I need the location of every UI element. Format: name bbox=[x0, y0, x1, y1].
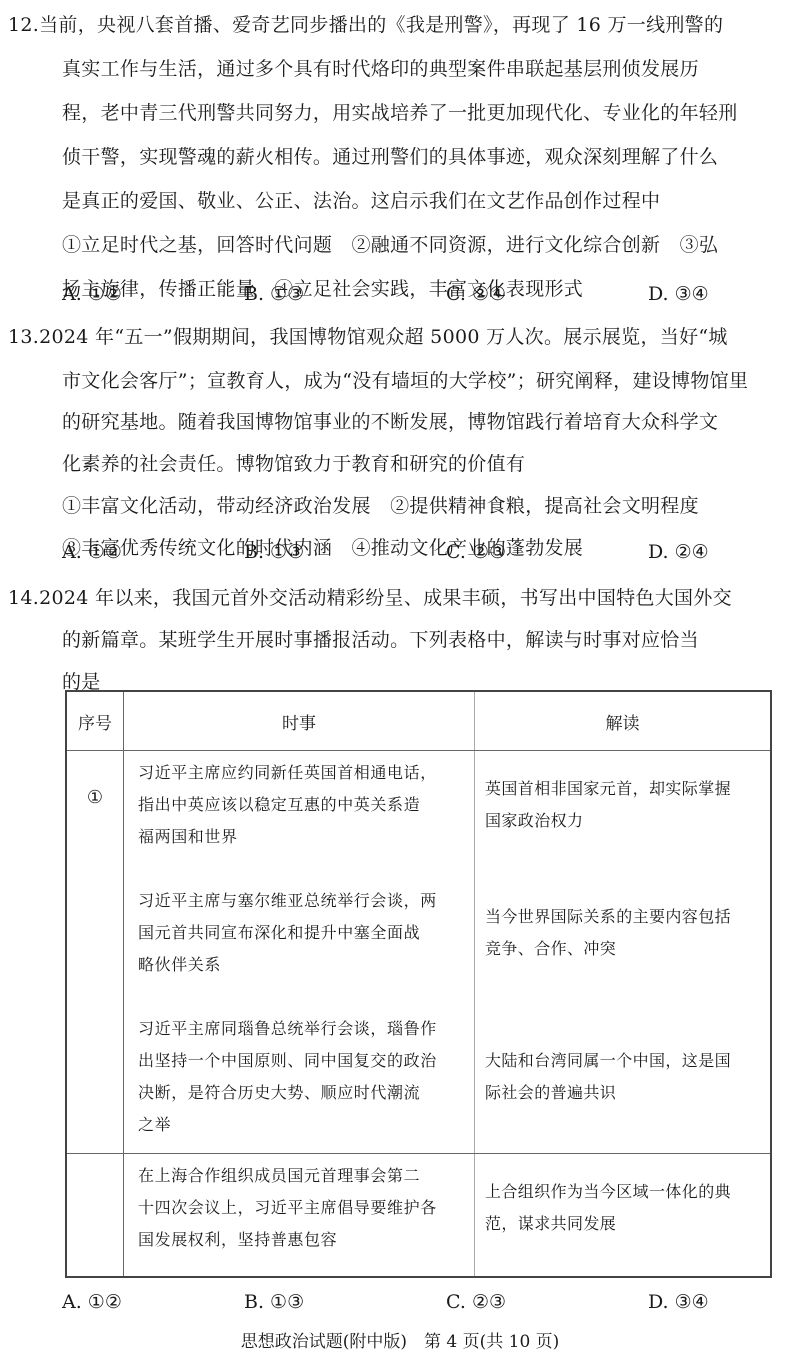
option-d[interactable]: D. ③④ bbox=[648, 1290, 709, 1314]
question-text-line: 化素养的社会责任。博物馆致力于教育和研究的价值有 bbox=[62, 452, 525, 476]
header-event: 时事 bbox=[124, 691, 475, 751]
option-b[interactable]: B. ①③ bbox=[244, 540, 304, 564]
option-a[interactable]: A. ①② bbox=[62, 282, 122, 306]
event-cell: 习近平主席应约同新任英国首相通电话， 指出中英应该以稳定互惠的中英关系造 福两国… bbox=[138, 757, 466, 853]
table-header-row: 序号 时事 解读 bbox=[66, 691, 771, 751]
option-d[interactable]: D. ③④ bbox=[648, 282, 709, 306]
question-number: 14.2024 年以来，我国元首外交活动精彩纷呈、成果丰硕，书写出中国特色大国外… bbox=[8, 586, 732, 610]
option-d[interactable]: D. ②④ bbox=[648, 540, 709, 564]
current-events-table: 序号 时事 解读 ① 习近平主席应约同新任英国首相通电话， 指出中英应该以稳定互… bbox=[65, 690, 772, 1278]
table-row: ① 习近平主席应约同新任英国首相通电话， 指出中英应该以稳定互惠的中英关系造 福… bbox=[66, 751, 771, 1154]
statement-line: ①立足时代之基，回答时代问题 ②融通不同资源，进行文化综合创新 ③弘 bbox=[62, 233, 718, 257]
option-b[interactable]: B. ①③ bbox=[244, 1290, 304, 1314]
event-cell: 习近平主席与塞尔维亚总统举行会谈，两 国元首共同宣布深化和提升中塞全面战 略伙伴… bbox=[138, 885, 466, 981]
event-cell: 在上海合作组织成员国元首理事会第二 十四次会议上，习近平主席倡导要维护各 国发展… bbox=[138, 1160, 466, 1256]
statement-line: ①丰富文化活动，带动经济政治发展 ②提供精神食粮，提高社会文明程度 bbox=[62, 494, 699, 518]
header-interpretation: 解读 bbox=[475, 691, 772, 751]
question-text-line: 侦干警，实现警魂的薪火相传。通过刑警们的具体事迹，观众深刻理解了什么 bbox=[62, 145, 718, 169]
event-cell: 习近平主席同瑙鲁总统举行会谈，瑙鲁作 出坚持一个中国原则、同中国复交的政治 决断… bbox=[138, 1013, 466, 1141]
page-footer: 思想政治试题(附中版) 第 4 页(共 10 页) bbox=[0, 1327, 800, 1352]
option-a[interactable]: A. ①② bbox=[62, 540, 122, 564]
question-text-line: 是真正的爱国、敬业、公正、法治。这启示我们在文艺作品创作过程中 bbox=[62, 189, 660, 213]
question-text-line: 真实工作与生活，通过多个具有时代烙印的典型案件串联起基层刑侦发展历 bbox=[62, 57, 699, 81]
option-b[interactable]: B. ①③ bbox=[244, 282, 304, 306]
option-a[interactable]: A. ①② bbox=[62, 1290, 122, 1314]
row-label: ① bbox=[67, 787, 123, 808]
question-number: 12.当前，央视八套首播、爱奇艺同步播出的《我是刑警》，再现了 16 万一线刑警… bbox=[8, 13, 723, 37]
interpretation-cell: 大陆和台湾同属一个中国，这是国 际社会的普遍共识 bbox=[485, 1045, 764, 1109]
interpretation-cell: 当今世界国际关系的主要内容包括 竞争、合作、冲突 bbox=[485, 901, 764, 965]
question-number: 13.2024 年“五一”假期期间，我国博物馆观众超 5000 万人次。展示展览… bbox=[8, 325, 728, 349]
question-text-line: 程，老中青三代刑警共同努力，用实战培养了一批更加现代化、专业化的年轻刑 bbox=[62, 101, 738, 125]
table-row: 在上海合作组织成员国元首理事会第二 十四次会议上，习近平主席倡导要维护各 国发展… bbox=[66, 1154, 771, 1278]
option-c[interactable]: C. ②④ bbox=[446, 282, 506, 306]
interpretation-cell: 英国首相非国家元首，却实际掌握 国家政治权力 bbox=[485, 773, 764, 837]
header-index: 序号 bbox=[66, 691, 124, 751]
interpretation-cell: 上合组织作为当今区域一体化的典 范，谋求共同发展 bbox=[485, 1176, 764, 1240]
option-c[interactable]: C. ②③ bbox=[446, 540, 506, 564]
question-text-line: 的新篇章。某班学生开展时事播报活动。下列表格中，解读与时事对应恰当 bbox=[62, 628, 699, 652]
question-text-line: 的研究基地。随着我国博物馆事业的不断发展，博物馆践行着培育大众科学文 bbox=[62, 410, 718, 434]
question-text-line: 市文化会客厅”；宣教育人，成为“没有墙垣的大学校”；研究阐释，建设博物馆里 bbox=[62, 369, 748, 393]
option-c[interactable]: C. ②③ bbox=[446, 1290, 506, 1314]
